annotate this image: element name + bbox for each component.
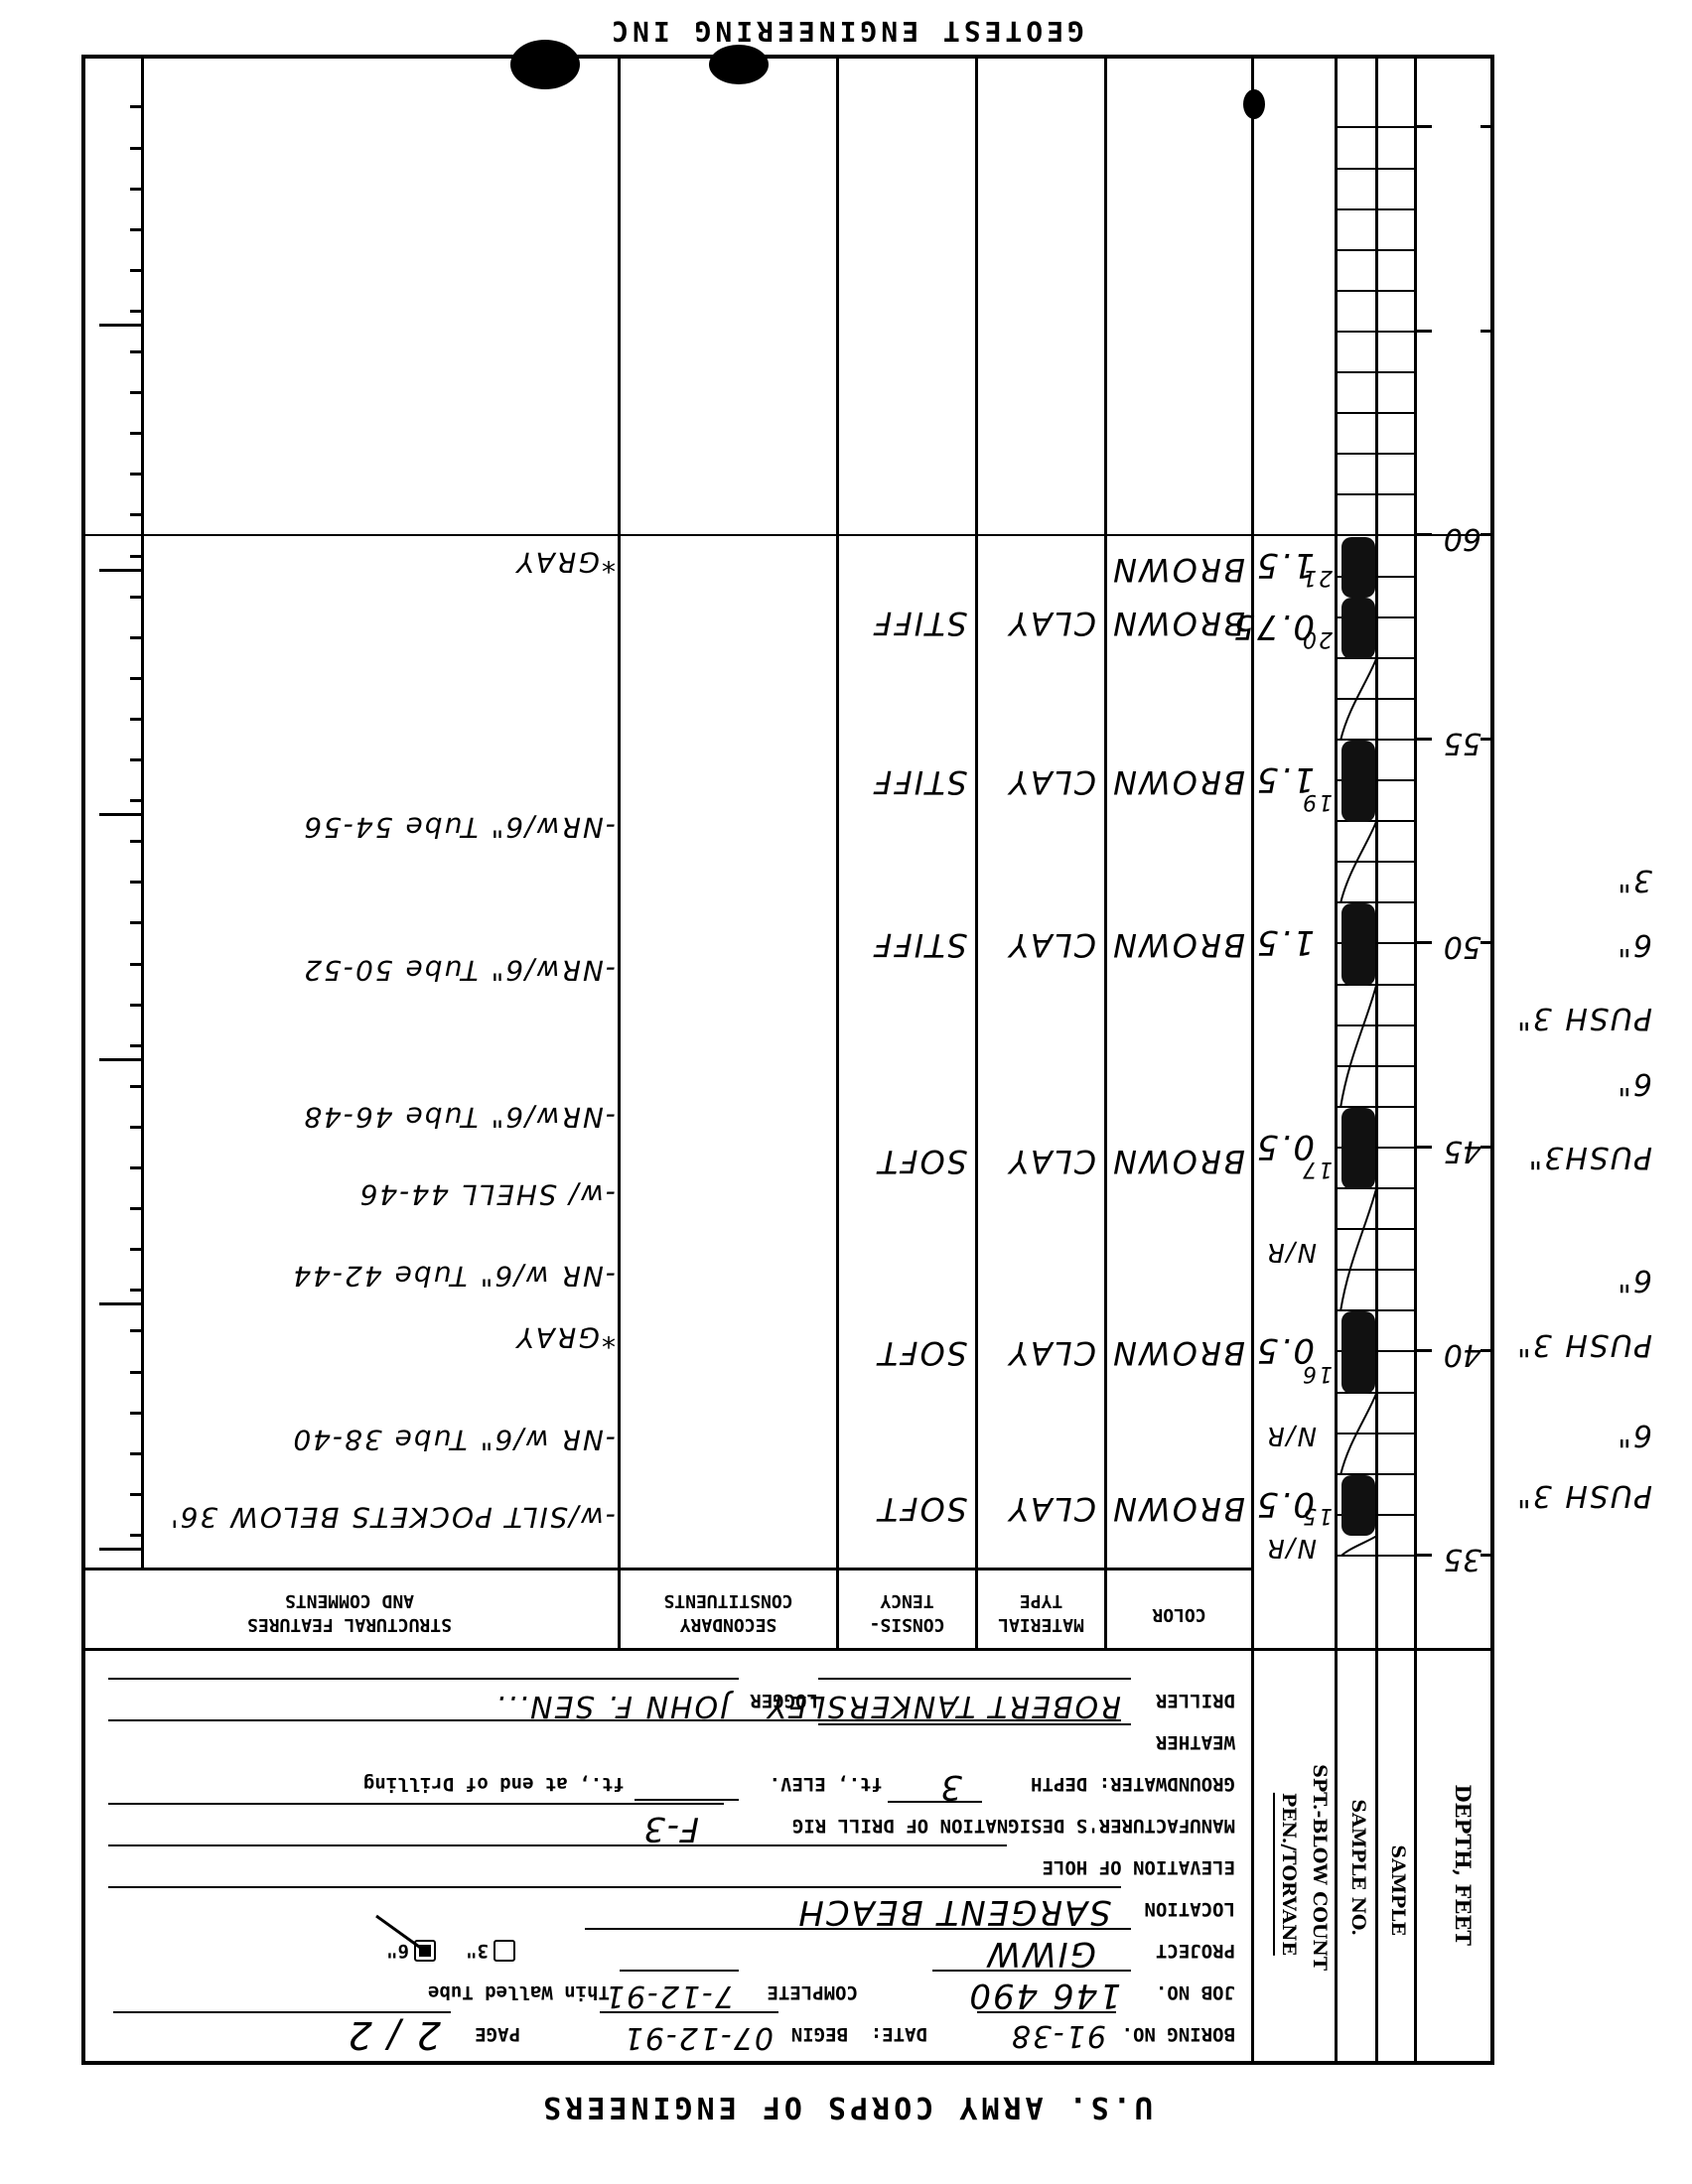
margin-note: 6" — [1616, 1418, 1652, 1452]
structural-header-line1: STRUCTURAL FEATURES — [81, 1612, 618, 1636]
strip-box-line — [99, 324, 144, 327]
color-cell: BROWN — [1111, 1335, 1245, 1373]
material-cell: CLAY — [1007, 605, 1096, 642]
no-recovery-diagonal — [1339, 1189, 1378, 1311]
secondary-col-edge — [618, 55, 621, 1651]
strip-box-line — [99, 1548, 144, 1551]
job-no-value[interactable]: 146 490 — [967, 1976, 1121, 2015]
strip-tick — [130, 1004, 144, 1007]
sample-recovered-fill — [1341, 1108, 1375, 1189]
depth-major-tick — [1417, 738, 1432, 741]
strip-tick — [130, 310, 144, 313]
material-cell: CLAY — [1007, 927, 1096, 965]
depth-major-tick — [1480, 1554, 1494, 1557]
comment-entry: -w/ SHELL 44-46 — [358, 1178, 616, 1211]
depth-major-tick — [1417, 1554, 1432, 1557]
form-frame — [81, 55, 1494, 2065]
margin-note: PUSH 3" — [1515, 1327, 1652, 1362]
complete-line — [620, 1970, 739, 1972]
strip-tick — [130, 922, 144, 925]
comment-entry: -NRw/6" Tube 50-52 — [302, 954, 616, 987]
pen-value: 1.5 — [1255, 923, 1315, 963]
strip-tick — [130, 718, 144, 721]
strip-tick — [130, 758, 144, 761]
depth-label: 40 — [1444, 1338, 1481, 1373]
logger-value[interactable]: JOHN F. SEN... — [493, 1689, 729, 1723]
strip-tick — [130, 840, 144, 843]
depth-major-tick — [1480, 1350, 1494, 1353]
consistency-cell: STIFF — [872, 927, 967, 965]
depth-major-tick — [1480, 1146, 1494, 1149]
pen-value: 1.5 — [1255, 759, 1315, 799]
column-header-divider — [81, 1568, 1254, 1570]
consistency-col-edge — [836, 55, 839, 1651]
consistency-cell: SOFT — [877, 1143, 967, 1180]
rig-value[interactable]: F-3 — [641, 1809, 699, 1848]
material-cell: CLAY — [1007, 763, 1096, 801]
comment-entry: -NR w/6" Tube 42-44 — [291, 1260, 616, 1293]
depth-label: 55 — [1444, 726, 1481, 760]
pen-value: 1.5 — [1255, 545, 1315, 585]
scan-blot — [510, 40, 580, 89]
material-cell: CLAY — [1007, 1490, 1096, 1528]
strip-tick — [130, 432, 144, 435]
depth-major-tick — [1417, 330, 1432, 333]
strip-tick — [130, 228, 144, 231]
margin-note: PUSH 3" — [1515, 1001, 1652, 1035]
no-recovery-diagonal — [1339, 1536, 1378, 1557]
depth-row-line — [1338, 290, 1417, 292]
color-cell: BROWN — [1111, 763, 1245, 801]
no-recovery-diagonal — [1339, 659, 1378, 741]
comment-entry: -NRw/6" Tube 54-56 — [302, 811, 616, 844]
driller-line — [818, 1678, 1131, 1680]
material-header-line2: TYPE — [978, 1588, 1104, 1612]
material-column-header: MATERIAL TYPE — [978, 1588, 1104, 1636]
strip-tick — [130, 881, 144, 884]
comment-entry: *GRAY — [515, 546, 616, 579]
strip-box-line — [99, 1302, 144, 1305]
depth-row-line — [1338, 168, 1417, 170]
margin-note: 6" — [1616, 928, 1652, 963]
depth-row-line — [1338, 127, 1417, 129]
consistency-cell: STIFF — [872, 605, 967, 642]
depth-major-tick — [1417, 1146, 1432, 1149]
strip-tick — [130, 106, 144, 109]
driller-line-top — [818, 1723, 1131, 1725]
strip-tick — [130, 1248, 144, 1251]
strip-tick — [130, 1085, 144, 1088]
pen-left-edge — [1251, 55, 1254, 2065]
strip-tick — [130, 1371, 144, 1374]
consistency-column-header: CONSIS- TENCY — [839, 1588, 975, 1636]
location-label: LOCATION — [1144, 1898, 1235, 1920]
depth-major-tick — [1480, 126, 1494, 129]
comment-entry: *GRAY — [515, 1321, 616, 1354]
depth-row-line — [1338, 453, 1417, 455]
strip-tick — [130, 1207, 144, 1210]
location-value[interactable]: SARGENT BEACH — [796, 1892, 1111, 1932]
sample-recovered-fill — [1341, 903, 1375, 985]
strip-tick — [130, 514, 144, 517]
depth-major-tick — [1417, 126, 1432, 129]
boring-log-page: U.S. ARMY CORPS OF ENGINEERS GEOTEST ENG… — [0, 0, 1692, 2184]
depth-col-edge — [1414, 55, 1417, 2065]
pen-value: 0.5 — [1255, 1127, 1315, 1166]
strip-tick — [130, 350, 144, 353]
margin-note: 6" — [1616, 1263, 1652, 1297]
sample-recovered-fill — [1341, 1311, 1375, 1393]
no-recovery-label: N/R — [1265, 1237, 1317, 1267]
secondary-header-line1: SECONDARY — [621, 1612, 836, 1636]
rig-label: MANUFACTURER'S DESIGNATION OF DRILL RIG — [792, 1815, 1235, 1837]
scan-blot — [1243, 89, 1265, 119]
depth-major-tick — [1480, 738, 1494, 741]
strip-tick — [130, 147, 144, 150]
depth-label: 60 — [1444, 522, 1481, 557]
color-cell: BROWN — [1111, 605, 1245, 642]
color-cell: BROWN — [1111, 551, 1245, 589]
color-cell: BROWN — [1111, 1143, 1245, 1180]
consistency-header-line1: CONSIS- — [839, 1612, 975, 1636]
no-recovery-diagonal — [1339, 822, 1378, 903]
depth-row-line — [1338, 371, 1417, 373]
strip-box-line — [99, 813, 144, 816]
strip-tick — [130, 473, 144, 476]
structural-header-line2: AND COMMENTS — [81, 1588, 618, 1612]
begin-label: BEGIN — [791, 2023, 848, 2045]
depth-label: 50 — [1444, 930, 1481, 965]
rig-line — [108, 1803, 724, 1805]
strip-tick — [130, 596, 144, 599]
depth-row-line — [1338, 493, 1417, 495]
check-stroke-icon — [356, 1908, 436, 1958]
sample-recovered-fill — [1341, 741, 1375, 822]
complete-value[interactable]: 7-12-91 — [604, 1979, 734, 2013]
material-cell: CLAY — [1007, 1143, 1096, 1180]
margin-note: 3" — [1616, 863, 1652, 897]
structural-column-header: STRUCTURAL FEATURES AND COMMENTS — [81, 1588, 618, 1636]
strip-tick — [130, 677, 144, 680]
project-label: PROJECT — [1156, 1940, 1235, 1962]
no-recovery-diagonal — [1339, 1394, 1378, 1475]
no-recovery-label: N/R — [1265, 1533, 1317, 1563]
no-recovery-diagonal — [1339, 986, 1378, 1108]
sample-no-header: SAMPLE NO. — [1347, 1799, 1369, 1936]
pen-value: 0.5 — [1255, 1484, 1315, 1524]
sample-recovered-fill — [1341, 598, 1375, 659]
end-drilling-label: ft., at end of Drilling — [363, 1773, 625, 1795]
strip-tick — [130, 1166, 144, 1169]
depth-row-line — [1338, 331, 1417, 333]
logger-label: LOGGER — [750, 1690, 818, 1711]
depth-row-line — [1338, 208, 1417, 210]
comment-entry: -NRw/6" Tube 46-48 — [302, 1101, 616, 1134]
sample-header: SAMPLE — [1387, 1844, 1409, 1936]
strip-tick — [130, 1126, 144, 1129]
consistency-header-line2: TENCY — [839, 1588, 975, 1612]
strip-tick — [130, 636, 144, 639]
consistency-cell: SOFT — [877, 1490, 967, 1528]
pen-torvane-header: PEN./TORVANE — [1273, 1793, 1300, 1956]
tube-label: Thin Walled Tube — [428, 1981, 610, 2003]
depth-header: DEPTH, FEET — [1451, 1784, 1476, 1946]
material-header-line1: MATERIAL — [978, 1612, 1104, 1636]
strip-tick — [130, 963, 144, 966]
complete-label: COMPLETE — [767, 1981, 858, 2003]
begin-date-value[interactable]: 07-12-91 — [623, 2020, 774, 2055]
weather-label: WEATHER — [1156, 1731, 1235, 1753]
margin-note: 6" — [1616, 1066, 1652, 1101]
project-value[interactable]: GIWW — [985, 1934, 1096, 1974]
color-cell: BROWN — [1111, 1490, 1245, 1528]
margin-note: PUSH 3" — [1515, 1478, 1652, 1513]
depth-major-tick — [1480, 942, 1494, 945]
tube-3in-label: 3" — [466, 1940, 489, 1962]
secondary-column-header: SECONDARY CONSTITUENTS — [621, 1588, 836, 1636]
job-no-label: JOB NO. — [1156, 1981, 1235, 2003]
depth-major-tick — [1480, 330, 1494, 333]
no-recovery-label: N/R — [1265, 1421, 1317, 1450]
page-label: PAGE — [475, 2023, 520, 2045]
logger-line — [108, 1678, 739, 1680]
gw-depth-line — [888, 1801, 982, 1803]
strip-tick — [130, 1412, 144, 1415]
pen-value: 0.5 — [1255, 1331, 1315, 1371]
color-cell: BROWN — [1111, 927, 1245, 965]
strip-box-line — [99, 569, 144, 572]
boring-no-value[interactable]: 91-38 — [1010, 2018, 1106, 2053]
page-line — [113, 2011, 451, 2013]
strip-tick — [130, 188, 144, 191]
depth-row-line — [1338, 249, 1417, 251]
strip-tick — [130, 555, 144, 558]
color-column-header: COLOR — [1107, 1602, 1251, 1626]
consistency-cell: SOFT — [877, 1335, 967, 1373]
page-value[interactable]: 2 / 2 — [347, 2013, 441, 2057]
driller-label: DRILLER — [1156, 1690, 1235, 1711]
date-label: DATE: — [871, 2023, 927, 2045]
strip-tick — [130, 391, 144, 394]
color-col-edge — [1104, 55, 1107, 1651]
strip-tick — [130, 1452, 144, 1455]
tube-3in-checkbox[interactable] — [493, 1940, 515, 1962]
location-line — [108, 1886, 1121, 1888]
sampleno-col-edge — [1335, 55, 1338, 2065]
depth-major-tick — [1417, 942, 1432, 945]
groundwater-label: GROUNDWATER: DEPTH — [1031, 1773, 1235, 1795]
strip-tick — [130, 269, 144, 272]
strip-tick — [130, 1330, 144, 1333]
depth-label: 45 — [1444, 1134, 1481, 1168]
depth-row-line — [1338, 412, 1417, 414]
strip-box-line — [99, 1058, 144, 1061]
sample-recovered-fill — [1341, 537, 1375, 599]
boring-no-label: BORING NO. — [1122, 2023, 1235, 2045]
secondary-header-line2: CONSTITUENTS — [621, 1588, 836, 1612]
depth-major-tick — [1417, 1350, 1432, 1353]
strip-tick — [130, 1534, 144, 1537]
strip-tick — [130, 1044, 144, 1047]
scan-blot — [709, 45, 769, 84]
strip-tick — [130, 1289, 144, 1292]
ft-elev-label: ft., ELEV. — [770, 1773, 883, 1795]
strip-tick — [130, 799, 144, 802]
comment-entry: -NR w/6" Tube 38-40 — [291, 1424, 616, 1456]
elevation-label: ELEVATION OF HOLE — [1043, 1856, 1235, 1878]
strip-tick — [130, 1493, 144, 1496]
agency-title: U.S. ARMY CORPS OF ENGINEERS — [0, 2090, 1692, 2124]
depth-label: 35 — [1444, 1542, 1481, 1576]
consistency-cell: STIFF — [872, 763, 967, 801]
company-title: GEOTEST ENGINEERING INC — [0, 15, 1692, 48]
material-col-edge — [975, 55, 978, 1651]
spt-blow-header: SPT.-BLOW COUNT — [1309, 1764, 1331, 1971]
gw-elev-line — [634, 1799, 739, 1801]
sample-recovered-fill — [1341, 1475, 1375, 1537]
end-of-log-line — [81, 535, 1494, 537]
header-divider — [81, 1648, 1494, 1651]
driller-value[interactable]: ROBERT TANKERSLEY — [766, 1689, 1121, 1723]
comment-entry: -w/SILT POCKETS BELOW 36' — [169, 1501, 616, 1534]
elevation-line — [108, 1844, 1007, 1846]
material-cell: CLAY — [1007, 1335, 1096, 1373]
margin-note: PUSH3" — [1526, 1140, 1652, 1174]
